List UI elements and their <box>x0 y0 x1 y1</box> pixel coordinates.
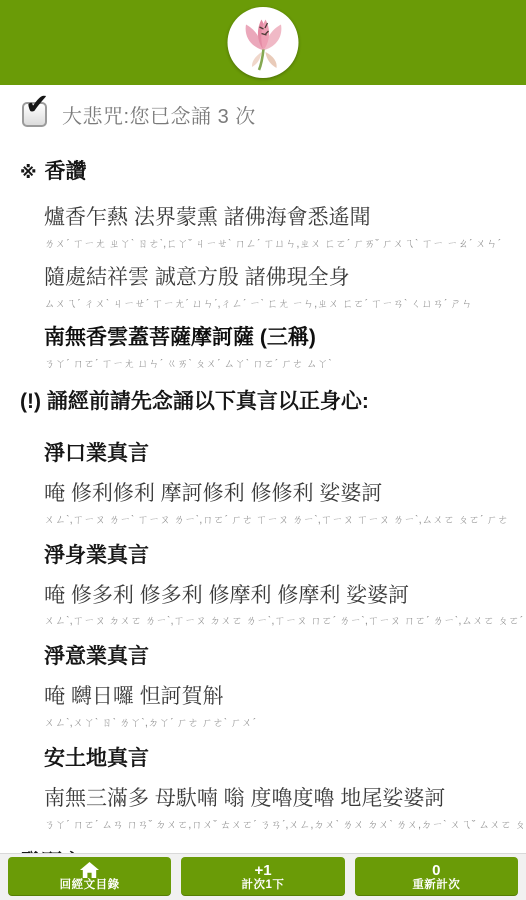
verse-text: 爐香乍爇 法界蒙熏 諸佛海會悉遙聞 <box>44 205 506 232</box>
counter-label: 大悲咒:您已念誦 3 次 <box>62 100 256 129</box>
mantra-zhuyin: ㄨㄥˋ,ㄒㄧㄡ ㄉㄨㄛ ㄌㄧˋ,ㄒㄧㄡ ㄉㄨㄛ ㄌㄧˋ,ㄒㄧㄡ ㄇㄛˊ ㄌㄧˋ,… <box>44 612 506 628</box>
reset-count-button[interactable]: 0 重新計次 <box>355 857 518 896</box>
mantra-zhuyin: ㄨㄥˋ,ㄨㄚˋ ㄖˋ ㄌㄚˋ,ㄉㄚˊ ㄏㄜ ㄏㄜˋ ㄏㄨˊ <box>44 714 506 730</box>
home-icon <box>80 862 99 879</box>
button-label: 回經文目錄 <box>60 879 120 891</box>
verse-zhuyin: ㄌㄨˊ ㄒㄧㄤ ㄓㄚˋ ㄖㄜˋ,ㄈㄚˇ ㄐㄧㄝˋ ㄇㄥˊ ㄒㄩㄣ,ㄓㄨ ㄈㄛˊ … <box>44 235 506 251</box>
mantra-block: 淨意業真言 唵 嚩日囉 怛訶賀斛 ㄨㄥˋ,ㄨㄚˋ ㄖˋ ㄌㄚˋ,ㄉㄚˊ ㄏㄜ ㄏ… <box>44 640 506 730</box>
verse-zhuyin: ㄋㄚˊ ㄇㄛˊ ㄒㄧㄤ ㄩㄣˊ ㄍㄞˋ ㄆㄨˊ ㄙㄚˋ ㄇㄛˊ ㄏㄜ ㄙㄚˋ <box>44 355 506 371</box>
mantra-text: 唵 修利修利 摩訶修利 修修利 娑婆訶 <box>44 481 506 508</box>
mantra-text: 南無三滿多 母馱喃 嗡 度嚕度嚕 地尾娑婆訶 <box>44 786 506 813</box>
mantra-title: 淨口業真言 <box>44 437 506 467</box>
recited-checkbox[interactable]: ✔ <box>22 102 47 127</box>
lotus-logo <box>228 7 299 78</box>
pre-recitation-notice: (!) 誦經前請先念誦以下真言以正身心: <box>20 385 506 415</box>
mantra-block: 淨身業真言 唵 修多利 修多利 修摩利 修摩利 娑婆訶 ㄨㄥˋ,ㄒㄧㄡ ㄉㄨㄛ … <box>44 539 506 629</box>
count-reset-value: 0 <box>432 862 440 879</box>
counter-row: ✔ 大悲咒:您已念誦 3 次 <box>0 85 526 129</box>
verse-line: 隨處結祥雲 誠意方殷 諸佛現全身 ㄙㄨㄟˊ ㄔㄨˋ ㄐㄧㄝˊ ㄒㄧㄤˊ ㄩㄣˊ,… <box>44 265 506 311</box>
lotus-flower-graphic <box>232 12 294 74</box>
mantra-title: 安土地真言 <box>44 742 506 772</box>
mantra-zhuyin: ㄨㄥˋ,ㄒㄧㄡ ㄌㄧˋ ㄒㄧㄡ ㄌㄧˋ,ㄇㄛˊ ㄏㄜ ㄒㄧㄡ ㄌㄧˋ,ㄒㄧㄡ ㄒ… <box>44 511 506 527</box>
scripture-content: ※香讚 爐香乍爇 法界蒙熏 諸佛海會悉遙聞 ㄌㄨˊ ㄒㄧㄤ ㄓㄚˋ ㄖㄜˋ,ㄈㄚ… <box>0 155 526 876</box>
verse-line: 南無香雲蓋菩薩摩訶薩 (三稱) ㄋㄚˊ ㄇㄛˊ ㄒㄧㄤ ㄩㄣˊ ㄍㄞˋ ㄆㄨˊ … <box>44 325 506 371</box>
section-marker-icon: ※ <box>20 163 37 182</box>
mantra-block: 安土地真言 南無三滿多 母馱喃 嗡 度嚕度嚕 地尾娑婆訶 ㄋㄚˊ ㄇㄛˊ ㄙㄢ … <box>44 742 506 832</box>
verse-zhuyin: ㄙㄨㄟˊ ㄔㄨˋ ㄐㄧㄝˊ ㄒㄧㄤˊ ㄩㄣˊ,ㄔㄥˊ ㄧˋ ㄈㄤ ㄧㄣ,ㄓㄨ ㄈ… <box>44 295 506 311</box>
back-to-catalog-button[interactable]: 回經文目錄 <box>8 857 171 896</box>
mantra-text: 唵 修多利 修多利 修摩利 修摩利 娑婆訶 <box>44 583 506 610</box>
button-label: 計次1下 <box>242 879 285 891</box>
section-title-text: 香讚 <box>45 160 87 183</box>
bottom-bar: 回經文目錄 +1 計次1下 0 重新計次 <box>0 853 526 900</box>
mantra-block: 淨口業真言 唵 修利修利 摩訶修利 修修利 娑婆訶 ㄨㄥˋ,ㄒㄧㄡ ㄌㄧˋ ㄒㄧ… <box>44 437 506 527</box>
button-label: 重新計次 <box>412 879 460 891</box>
mantra-text: 唵 嚩日囉 怛訶賀斛 <box>44 684 506 711</box>
mantra-title: 淨身業真言 <box>44 539 506 569</box>
verse-text: 隨處結祥雲 誠意方殷 諸佛現全身 <box>44 265 506 292</box>
verse-line: 爐香乍爇 法界蒙熏 諸佛海會悉遙聞 ㄌㄨˊ ㄒㄧㄤ ㄓㄚˋ ㄖㄜˋ,ㄈㄚˇ ㄐㄧ… <box>44 205 506 251</box>
section-title-incense-praise: ※香讚 <box>20 155 506 185</box>
checkmark-icon: ✔ <box>25 91 49 120</box>
app-header <box>0 0 526 85</box>
count-increment-value: +1 <box>254 862 271 879</box>
mantra-title: 淨意業真言 <box>44 640 506 670</box>
verse-text: 南無香雲蓋菩薩摩訶薩 (三稱) <box>44 325 506 352</box>
mantra-zhuyin: ㄋㄚˊ ㄇㄛˊ ㄙㄢ ㄇㄢˇ ㄉㄨㄛ,ㄇㄨˇ ㄊㄨㄛˊ ㄋㄢˊ,ㄨㄥ,ㄉㄨˋ ㄌ… <box>44 816 506 832</box>
count-plus-one-button[interactable]: +1 計次1下 <box>181 857 344 896</box>
